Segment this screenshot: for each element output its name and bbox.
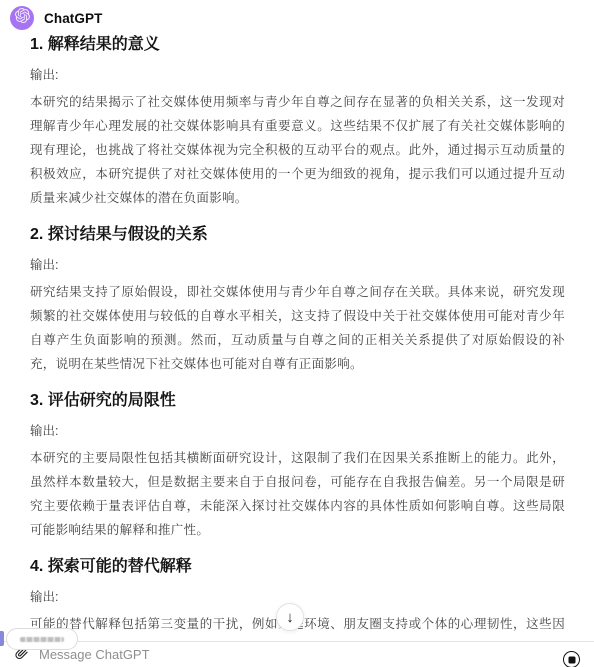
section-3: 3. 评估研究的局限性 输出: 本研究的主要局限性包括其横断面研究设计，这限制了… [30,390,565,542]
section-4-title: 4. 探索可能的替代解释 [30,556,565,578]
section-3-title: 3. 评估研究的局限性 [30,390,565,412]
left-edge-fragment [0,631,4,646]
section-1: 1. 解释结果的意义 输出: 本研究的结果揭示了社交媒体使用频率与青少年自尊之间… [30,34,565,210]
composer-bar [0,641,594,667]
section-3-output-label: 输出: [30,422,565,440]
assistant-message-content: 1. 解释结果的意义 输出: 本研究的结果揭示了社交媒体使用频率与青少年自尊之间… [10,34,566,660]
section-3-paragraph: 本研究的主要局限性包括其横断面研究设计，这限制了我们在因果关系推断上的能力。此外… [30,446,565,542]
chat-page: ChatGPT 1. 解释结果的意义 输出: 本研究的结果揭示了社交媒体使用频率… [0,0,594,660]
section-1-paragraph: 本研究的结果揭示了社交媒体使用频率与青少年自尊之间存在显著的负相关关系，这一发现… [30,90,565,210]
chatgpt-avatar [10,6,34,30]
section-2-title: 2. 探讨结果与假设的关系 [30,224,565,246]
section-2: 2. 探讨结果与假设的关系 输出: 研究结果支持了原始假设，即社交媒体使用与青少… [30,224,565,376]
section-1-title: 1. 解释结果的意义 [30,34,565,56]
voice-mode-button[interactable] [563,651,580,667]
openai-logo-icon [15,8,30,28]
assistant-name-label: ChatGPT [44,11,102,26]
arrow-down-icon: ↓ [286,609,294,626]
section-2-output-label: 输出: [30,256,565,274]
stop-icon [568,656,575,663]
cutoff-suggestion-chip[interactable] [6,628,78,650]
section-4-output-label: 输出: [30,588,565,606]
chip-blurred-text [20,637,64,642]
assistant-message-header: ChatGPT [10,6,566,30]
section-1-output-label: 输出: [30,66,565,84]
message-input[interactable] [39,644,553,666]
scroll-to-bottom-button[interactable]: ↓ [276,603,304,631]
section-2-paragraph: 研究结果支持了原始假设，即社交媒体使用与青少年自尊之间存在关联。具体来说，研究发… [30,280,565,376]
